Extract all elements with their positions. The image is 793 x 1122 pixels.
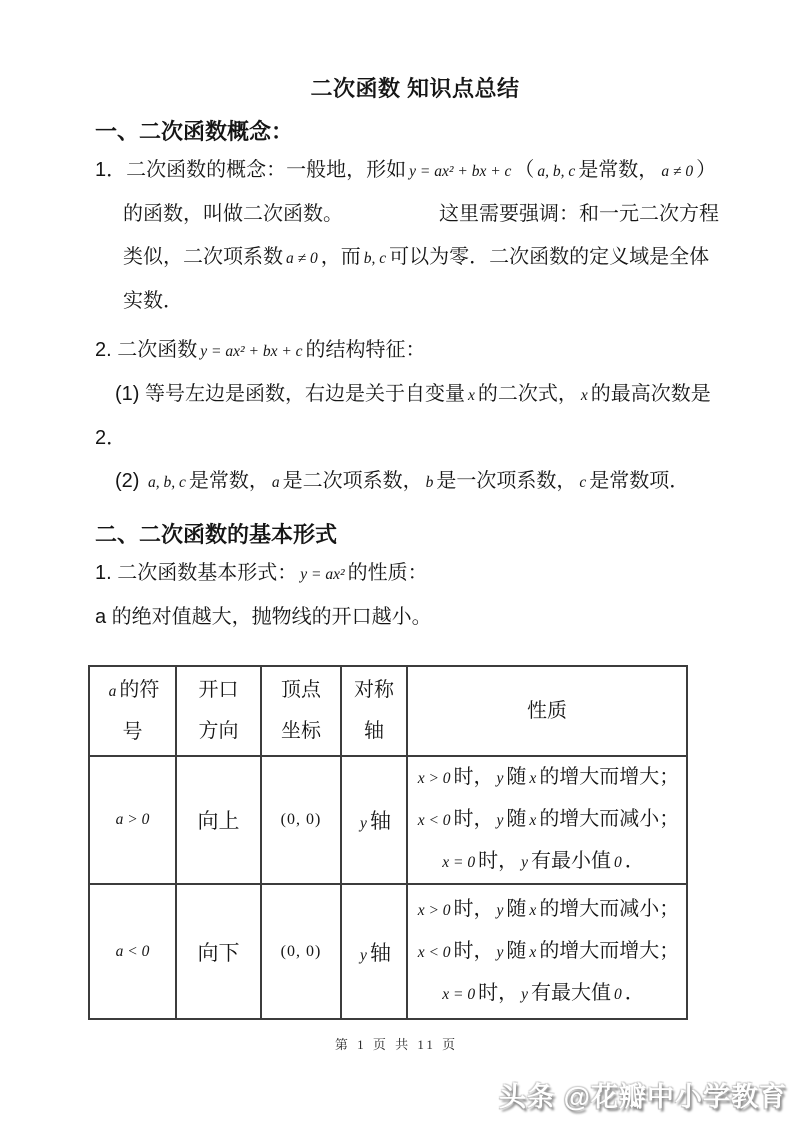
text-run: 的函数，叫做二次函数。: [123, 203, 343, 225]
concept-line-4: 实数．: [123, 280, 735, 323]
math-run-x: x: [578, 387, 591, 404]
table-header-properties: 性质: [407, 666, 687, 756]
text-run: 随: [506, 940, 526, 962]
property-line: x > 0时，y随x的增大而增大；: [408, 757, 686, 799]
text-run: 的最高次数是: [591, 383, 711, 405]
text-run: 是常数项．: [589, 470, 689, 492]
math-run: x = 0: [439, 986, 478, 1003]
text-run: 时，: [454, 898, 494, 920]
text-run: 随: [506, 766, 526, 788]
math-run-sign: a > 0: [116, 811, 150, 828]
text-run: 的增大而减小；: [539, 898, 679, 920]
header-text: 坐标: [262, 711, 340, 752]
cell-sign: a > 0: [89, 756, 176, 884]
property-line: x < 0时，y随x的增大而增大；: [408, 931, 686, 973]
math-run: x < 0: [415, 944, 454, 961]
math-run: y: [494, 944, 507, 961]
cell-direction: 向下: [176, 884, 261, 1019]
header-text: 顶点: [262, 670, 340, 711]
basic-item-1: 1. 二次函数基本形式：y = ax²的性质：: [95, 552, 735, 596]
math-run-b: b: [423, 474, 437, 491]
text-run: 1．二次函数的概念：一般地，形如: [95, 159, 406, 181]
math-run-formula: y = ax² + bx + c: [197, 343, 305, 360]
property-line: x < 0时，y随x的增大而减小；: [408, 799, 686, 841]
text-run: 这里需要强调：和一元二次方程: [439, 203, 719, 225]
math-run-y: y: [357, 815, 370, 832]
watermark: 头条 @花瓣中小学教育: [499, 1075, 787, 1114]
table-header-vertex: 顶点 坐标: [261, 666, 341, 756]
text-run: 有最小值: [531, 850, 611, 872]
math-run-sign: a < 0: [116, 943, 150, 960]
text-run: 有最大值: [531, 982, 611, 1004]
text-run: 类似，二次项系数: [123, 246, 283, 268]
property-line: x > 0时，y随x的增大而减小；: [408, 889, 686, 931]
text-run: 可以为零．二次函数的定义域是全体: [389, 246, 709, 268]
text-run: 时，: [454, 808, 494, 830]
text-run: 是一次项系数，: [436, 470, 576, 492]
cell-axis: y轴: [341, 756, 407, 884]
math-run-bc: b, c: [361, 250, 389, 267]
math-run-x: x: [465, 387, 478, 404]
text-run: ．: [625, 982, 645, 1004]
text-run: 2．: [95, 427, 126, 449]
text-run: ．: [625, 850, 645, 872]
text-run: 时，: [478, 850, 518, 872]
math-run: x > 0: [415, 770, 454, 787]
header-text: 方向: [177, 711, 260, 752]
concept-subitem-1: (1) 等号左边是函数，右边是关于自变量x的二次式，x的最高次数是: [115, 373, 735, 417]
text-run: (2): [115, 470, 145, 492]
text-run: 随: [506, 808, 526, 830]
cell-direction: 向上: [176, 756, 261, 884]
concept-subitem-1-continuation: 2．: [95, 417, 735, 460]
table-row-a-negative: a < 0 向下 (0, 0) y轴 x > 0时，y随x的增大而减小； x <…: [89, 884, 687, 1019]
math-run: x: [526, 944, 539, 961]
text-run: 时，: [454, 766, 494, 788]
math-run-a-ne-0: a ≠ 0: [283, 250, 321, 267]
concept-paragraph-1: 1．二次函数的概念：一般地，形如y = ax² + bx + c（a, b, c…: [95, 149, 735, 323]
math-run: y: [494, 770, 507, 787]
table-header-row: a的符 号 开口 方向 顶点 坐标 对称 轴 性质: [89, 666, 687, 756]
math-run: 0: [611, 986, 625, 1003]
text-run: 实数．: [123, 290, 183, 312]
math-run: y: [494, 902, 507, 919]
header-text: 轴: [342, 711, 406, 752]
text-run: 的二次式，: [478, 383, 578, 405]
math-run: x: [526, 770, 539, 787]
table-header-direction: 开口 方向: [176, 666, 261, 756]
math-run-abc: a, b, c: [145, 474, 189, 491]
math-run: 0: [611, 854, 625, 871]
text-run: （: [514, 159, 534, 181]
text-run: 的性质：: [348, 562, 428, 584]
concept-subitem-2: (2) a, b, c是常数，a是二次项系数，b是一次项系数，c是常数项．: [115, 460, 735, 504]
text-run: 的增大而增大；: [539, 940, 679, 962]
math-run-abc: a, b, c: [534, 163, 578, 180]
math-run-a: a: [106, 683, 120, 700]
cell-properties: x > 0时，y随x的增大而增大； x < 0时，y随x的增大而减小； x = …: [407, 756, 687, 884]
text-run: 是二次项系数，: [283, 470, 423, 492]
header-text: 的符: [119, 679, 159, 701]
cell-axis: y轴: [341, 884, 407, 1019]
table-row-a-positive: a > 0 向上 (0, 0) y轴 x > 0时，y随x的增大而增大； x <…: [89, 756, 687, 884]
header-text: 开口: [177, 670, 260, 711]
page-number-footer: 第 1 页 共 11 页: [0, 1034, 793, 1053]
math-run: y: [494, 812, 507, 829]
table-header-sign: a的符 号: [89, 666, 176, 756]
math-run-a-ne-0: a ≠ 0: [658, 163, 696, 180]
property-line: x = 0时，y有最小值0．: [408, 841, 686, 883]
header-text: 号: [90, 712, 175, 753]
math-run-y-ax2: y = ax²: [297, 566, 347, 583]
basic-note: a 的绝对值越大，抛物线的开口越小。: [95, 596, 735, 639]
section-1-heading: 一、二次函数概念：: [95, 115, 735, 149]
cell-vertex: (0, 0): [261, 756, 341, 884]
document-page: 二次函数 知识点总结 一、二次函数概念： 1．二次函数的概念：一般地，形如y =…: [0, 0, 793, 1122]
concept-line-2: 的函数，叫做二次函数。这里需要强调：和一元二次方程: [123, 193, 735, 236]
math-run: x < 0: [415, 812, 454, 829]
math-run: x: [526, 812, 539, 829]
properties-table: a的符 号 开口 方向 顶点 坐标 对称 轴 性质: [88, 665, 688, 1020]
text-run: 是常数，: [189, 470, 269, 492]
section-2-heading: 二、二次函数的基本形式: [95, 518, 735, 552]
header-text: 对称: [342, 670, 406, 711]
text-run: 是常数，: [578, 159, 658, 181]
cell-properties: x > 0时，y随x的增大而减小； x < 0时，y随x的增大而增大； x = …: [407, 884, 687, 1019]
math-run: x: [526, 902, 539, 919]
math-run-a: a: [269, 474, 283, 491]
cell-sign: a < 0: [89, 884, 176, 1019]
math-run: x > 0: [415, 902, 454, 919]
cell-vertex: (0, 0): [261, 884, 341, 1019]
page-title: 二次函数 知识点总结: [95, 72, 735, 105]
text-run: 1. 二次函数基本形式：: [95, 562, 297, 584]
concept-item-2: 2. 二次函数y = ax² + bx + c的结构特征：: [95, 329, 735, 373]
property-line: x = 0时，y有最大值0．: [408, 973, 686, 1015]
header-text: 性质: [408, 691, 686, 732]
text-run: ，而: [321, 246, 361, 268]
math-run-c: c: [576, 474, 589, 491]
math-run-y: y: [357, 947, 370, 964]
text-run: 的增大而增大；: [539, 766, 679, 788]
math-run: x = 0: [439, 854, 478, 871]
math-run-formula: y = ax² + bx + c: [406, 163, 514, 180]
text-run: 的结构特征：: [306, 339, 426, 361]
text-run: 时，: [478, 982, 518, 1004]
math-run: y: [518, 854, 531, 871]
document-body: 二次函数 知识点总结 一、二次函数概念： 1．二次函数的概念：一般地，形如y =…: [95, 72, 735, 1020]
math-run: y: [518, 986, 531, 1003]
text-run: 2. 二次函数: [95, 339, 197, 361]
text-run: 的增大而减小；: [539, 808, 679, 830]
text-run: 随: [506, 898, 526, 920]
table-header-axis: 对称 轴: [341, 666, 407, 756]
text-run: ）: [696, 159, 716, 181]
concept-line-1: 1．二次函数的概念：一般地，形如y = ax² + bx + c（a, b, c…: [95, 149, 735, 193]
text-run: (1) 等号左边是函数，右边是关于自变量: [115, 383, 465, 405]
concept-line-3: 类似，二次项系数a ≠ 0，而b, c可以为零．二次函数的定义域是全体: [123, 236, 735, 280]
text-run: 时，: [454, 940, 494, 962]
